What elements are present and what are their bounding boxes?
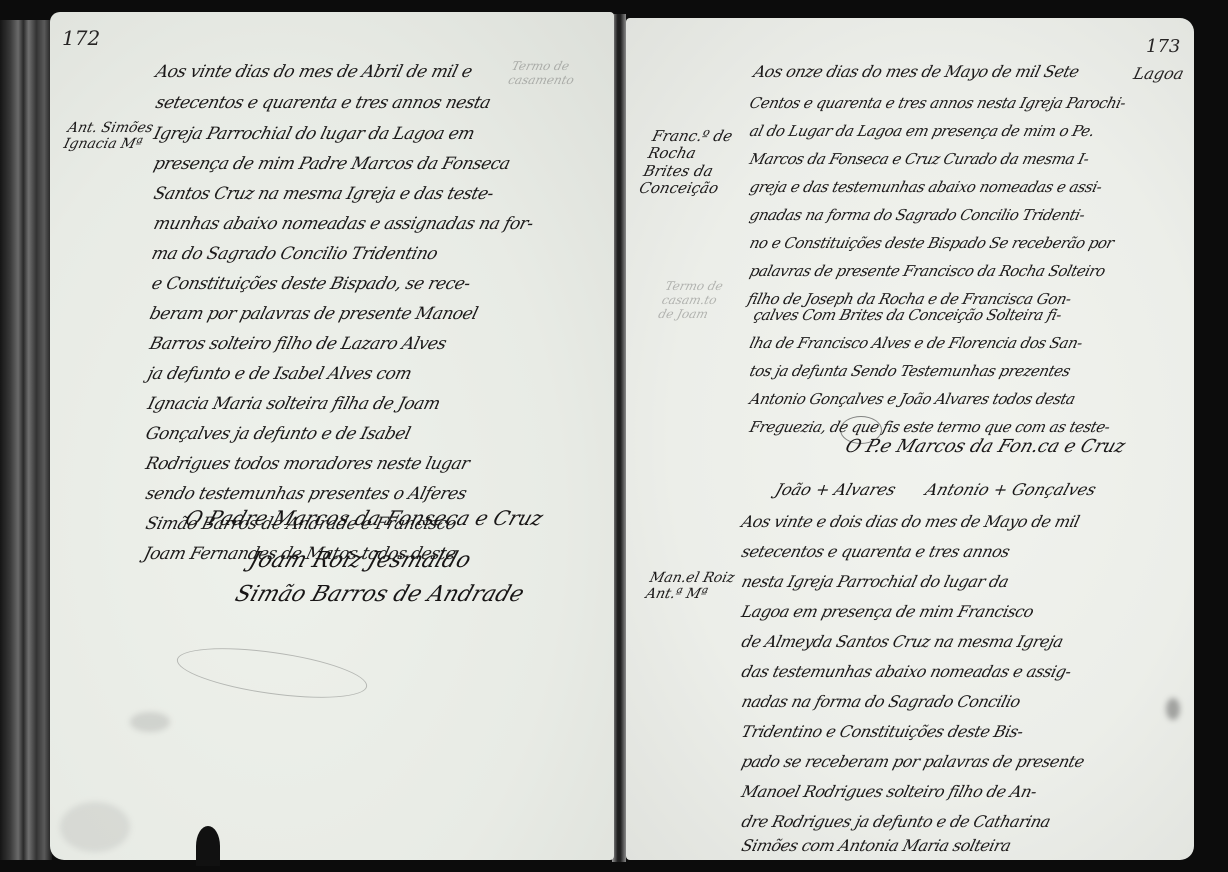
signature-flourish bbox=[840, 416, 882, 444]
entry-line: munhas abaixo nomeadas e assignadas na f… bbox=[152, 214, 536, 234]
bleed-through-flourish bbox=[174, 639, 370, 707]
entry-line: Aos vinte dias do mes de Abril de mil e bbox=[154, 62, 475, 82]
signature-priest-entry-1: O P.e Marcos da Fon.ca e Cruz bbox=[843, 436, 1129, 457]
entry-line: Aos onze dias do mes de Mayo de mil Sete bbox=[752, 62, 1081, 81]
signature-witness-1-entry-1: João + Alvares bbox=[773, 480, 899, 499]
entry-line: Santos Cruz na mesma Igreja e das teste- bbox=[152, 184, 496, 204]
paper-stain bbox=[1166, 698, 1180, 720]
signature-witness-2-entry-1: Antonio + Gonçalves bbox=[923, 480, 1099, 499]
margin-note-names: Ant. Simões Ignacia Mª bbox=[62, 120, 155, 152]
margin-note-names-entry-1: Franc.º de Rocha Brites da Conceição bbox=[637, 128, 734, 197]
entry-line: al do Lugar da Lagoa em presença de mim … bbox=[748, 122, 1097, 140]
entry-line: Barros solteiro filho de Lazaro Alves bbox=[148, 334, 449, 354]
bleed-note-line: Termo de bbox=[510, 60, 579, 74]
bleed-through-margin-note: Termo de casam.to de Joam bbox=[657, 280, 724, 321]
margin-note-line: Conceição bbox=[637, 180, 721, 197]
left-page: 172 Ant. Simões Ignacia Mª Termo de casa… bbox=[50, 12, 614, 860]
margin-note-line: Brites da bbox=[642, 163, 726, 180]
entry-line: Rodrigues todos moradores neste lugar bbox=[144, 454, 472, 474]
entry-line: presença de mim Padre Marcos da Fonseca bbox=[152, 154, 513, 174]
entry-line: das testemunhas abaixo nomeadas e assig- bbox=[740, 662, 1073, 681]
entry-line: ja defunto e de Isabel Alves com bbox=[146, 364, 414, 384]
folio-number: 173 bbox=[1146, 36, 1180, 57]
entry-line: Lagoa em presença de mim Francisco bbox=[740, 602, 1036, 621]
bleed-note-line: de Joam bbox=[657, 308, 718, 322]
entry-line: beram por palavras de presente Manoel bbox=[148, 304, 480, 324]
entry-line: pado se receberam por palavras de presen… bbox=[740, 752, 1087, 771]
margin-note-line: Franc.º de bbox=[650, 128, 734, 145]
entry-line: Freguezia, de que fis este termo que com… bbox=[748, 418, 1112, 436]
bleed-through-note: Termo de casamento bbox=[507, 60, 579, 88]
entry-line: tos ja defunta Sendo Testemunhas prezent… bbox=[748, 362, 1072, 380]
paper-stain bbox=[60, 802, 130, 852]
entry-line: setecentos e quarenta e tres annos bbox=[740, 542, 1012, 561]
faint-folio-number: 172 bbox=[62, 26, 100, 50]
bleed-note-line: casamento bbox=[507, 74, 576, 88]
margin-note-line: Ant.ª Mª bbox=[644, 586, 732, 602]
margin-note-names-entry-2: Man.el Roiz Ant.ª Mª bbox=[644, 570, 736, 602]
signature-witness-2: Simão Barros de Andrade bbox=[232, 582, 527, 607]
bleed-note-line: Termo de bbox=[664, 280, 725, 294]
entry-line: setecentos e quarenta e tres annos nesta bbox=[154, 93, 493, 113]
signature-priest: O Padre Marcos da Fonseca e Cruz bbox=[182, 506, 546, 530]
entry-line: Antonio Gonçalves e João Alvares todos d… bbox=[748, 390, 1077, 408]
entry-line: ma do Sagrado Concilio Tridentino bbox=[150, 244, 440, 264]
entry-line: Aos vinte e dois dias do mes de Mayo de … bbox=[740, 512, 1082, 531]
bleed-note-line: casam.to bbox=[660, 294, 721, 308]
entry-line: Centos e quarenta e tres annos nesta Igr… bbox=[748, 94, 1128, 112]
book-spine-edge bbox=[0, 20, 52, 860]
entry-line: dre Rodrigues ja defunto e de Catharina bbox=[740, 812, 1053, 831]
entry-line: nesta Igreja Parrochial do lugar da bbox=[740, 572, 1011, 591]
entry-line: greja e das testemunhas abaixo nomeadas … bbox=[748, 178, 1104, 196]
entry-line: sendo testemunhas presentes o Alferes bbox=[144, 484, 469, 504]
signature-witness-1: Joam Roiz Jesmaldo bbox=[246, 548, 474, 573]
book-gutter bbox=[612, 14, 626, 862]
entry-line: e Constituições deste Bispado, se rece- bbox=[150, 274, 473, 294]
margin-note-line: Man.el Roiz bbox=[648, 570, 736, 586]
entry-line: no e Constituições deste Bispado Se rece… bbox=[748, 234, 1116, 252]
entry-line: Manoel Rodrigues solteiro filho de An- bbox=[740, 782, 1039, 801]
entry-line: çalves Com Brites da Conceição Solteira … bbox=[752, 306, 1064, 324]
folio-place-mark: Lagoa bbox=[1132, 64, 1186, 83]
entry-line: gnadas na forma do Sagrado Concilio Trid… bbox=[748, 206, 1087, 224]
entry-line: lha de Francisco Alves e de Florencia do… bbox=[748, 334, 1084, 352]
margin-note-line: Ant. Simões bbox=[66, 120, 155, 136]
entry-line: de Almeyda Santos Cruz na mesma Igreja bbox=[740, 632, 1065, 651]
entry-line: Simões com Antonia Maria solteira bbox=[740, 836, 1013, 855]
entry-line: Gonçalves ja defunto e de Isabel bbox=[144, 424, 413, 444]
entry-line: Tridentino e Constituições deste Bis- bbox=[740, 722, 1025, 741]
right-page: 173 Lagoa Franc.º de Rocha Brites da Con… bbox=[626, 18, 1194, 860]
margin-note-line: Rocha bbox=[646, 145, 730, 162]
entry-line: Marcos da Fonseca e Cruz Curado da mesma… bbox=[748, 150, 1091, 168]
entry-line: Ignacia Maria solteira filha de Joam bbox=[146, 394, 443, 414]
margin-note-line: Ignacia Mª bbox=[62, 136, 151, 152]
entry-line: palavras de presente Francisco da Rocha … bbox=[748, 262, 1107, 280]
entry-line: Igreja Parrochial do lugar da Lagoa em bbox=[152, 124, 477, 144]
entry-line: nadas na forma do Sagrado Concilio bbox=[740, 692, 1023, 711]
paper-stain bbox=[130, 712, 170, 732]
binding-clip bbox=[196, 826, 220, 866]
